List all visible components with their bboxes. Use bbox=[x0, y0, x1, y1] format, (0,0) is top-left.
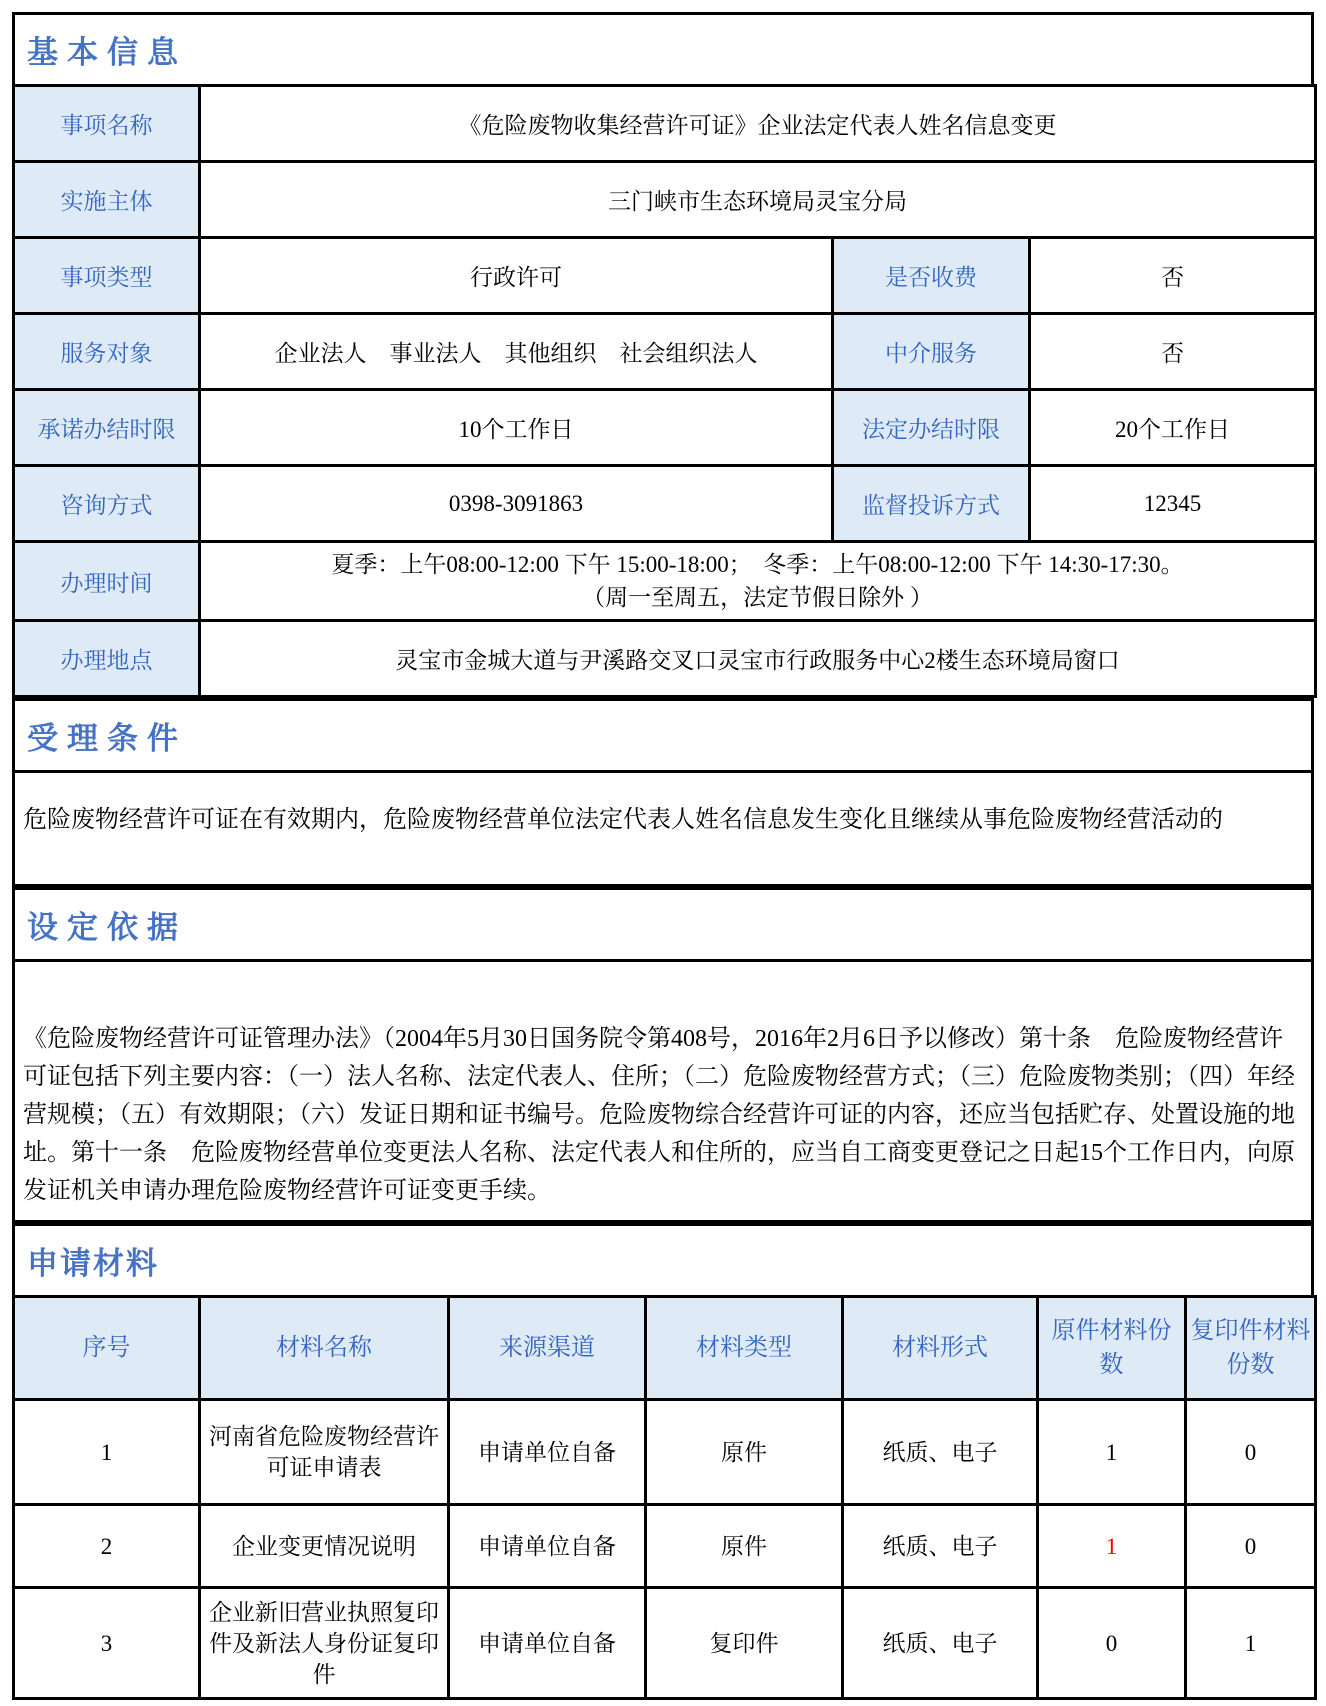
table-row: 办理时间 夏季：上午08:00-12:00 下午 15:00-18:00； 冬季… bbox=[14, 542, 1316, 621]
field-value-service-target: 企业法人 事业法人 其他组织 社会组织法人 bbox=[200, 314, 833, 390]
table-row: 1 河南省危险废物经营许可证申请表 申请单位自备 原件 纸质、电子 1 0 bbox=[14, 1400, 1316, 1505]
material-type: 原件 bbox=[646, 1505, 843, 1588]
material-no: 2 bbox=[14, 1505, 200, 1588]
column-header-copy-count: 复印件材料份数 bbox=[1186, 1297, 1316, 1400]
material-name: 企业变更情况说明 bbox=[200, 1505, 449, 1588]
table-row: 2 企业变更情况说明 申请单位自备 原件 纸质、电子 1 0 bbox=[14, 1505, 1316, 1588]
acceptance-conditions-text: 危险废物经营许可证在有效期内，危险废物经营单位法定代表人姓名信息发生变化且继续从… bbox=[12, 770, 1314, 887]
material-form: 纸质、电子 bbox=[843, 1400, 1038, 1505]
field-value-promised-limit: 10个工作日 bbox=[200, 390, 833, 466]
section-title-basic-info: 基本信息 bbox=[12, 12, 1314, 84]
field-label-item-type: 事项类型 bbox=[14, 238, 200, 314]
field-label-service-target: 服务对象 bbox=[14, 314, 200, 390]
field-label-statutory-limit: 法定办结时限 bbox=[833, 390, 1030, 466]
section-title-application-materials: 申请材料 bbox=[12, 1223, 1314, 1295]
field-value-intermediary: 否 bbox=[1030, 314, 1316, 390]
table-row: 实施主体 三门峡市生态环境局灵宝分局 bbox=[14, 162, 1316, 238]
material-copy-count: 0 bbox=[1186, 1505, 1316, 1588]
material-original-count-highlighted: 1 bbox=[1038, 1505, 1186, 1588]
section-title-text: 受理条件 bbox=[27, 713, 187, 758]
material-copy-count: 0 bbox=[1186, 1400, 1316, 1505]
material-no: 3 bbox=[14, 1588, 200, 1699]
table-row: 办理地点 灵宝市金城大道与尹溪路交叉口灵宝市行政服务中心2楼生态环境局窗口 bbox=[14, 621, 1316, 697]
column-header-form: 材料形式 bbox=[843, 1297, 1038, 1400]
section-title-acceptance-conditions: 受理条件 bbox=[12, 698, 1314, 770]
field-value-statutory-limit: 20个工作日 bbox=[1030, 390, 1316, 466]
application-materials-table: 序号 材料名称 来源渠道 材料类型 材料形式 原件材料份数 复印件材料份数 1 … bbox=[12, 1295, 1317, 1700]
field-label-complaint-method: 监督投诉方式 bbox=[833, 466, 1030, 542]
field-value-implementer: 三门峡市生态环境局灵宝分局 bbox=[200, 162, 1316, 238]
field-value-charge: 否 bbox=[1030, 238, 1316, 314]
service-info-document: 基本信息 事项名称 《危险废物收集经营许可证》企业法定代表人姓名信息变更 实施主… bbox=[12, 12, 1314, 1700]
section-title-text: 申请材料 bbox=[27, 1238, 159, 1283]
field-value-item-type: 行政许可 bbox=[200, 238, 833, 314]
field-value-item-name: 《危险废物收集经营许可证》企业法定代表人姓名信息变更 bbox=[200, 86, 1316, 162]
material-form: 纸质、电子 bbox=[843, 1588, 1038, 1699]
field-value-office-hours: 夏季：上午08:00-12:00 下午 15:00-18:00； 冬季：上午08… bbox=[200, 542, 1316, 621]
field-label-office-hours: 办理时间 bbox=[14, 542, 200, 621]
office-hours-line-2: （周一至周五，法定节假日除外 ） bbox=[207, 581, 1308, 614]
field-label-consult-method: 咨询方式 bbox=[14, 466, 200, 542]
material-original-count: 0 bbox=[1038, 1588, 1186, 1699]
section-title-text: 设定依据 bbox=[27, 902, 187, 947]
field-label-office-location: 办理地点 bbox=[14, 621, 200, 697]
section-title-setting-basis: 设定依据 bbox=[12, 887, 1314, 959]
table-row: 承诺办结时限 10个工作日 法定办结时限 20个工作日 bbox=[14, 390, 1316, 466]
column-header-no: 序号 bbox=[14, 1297, 200, 1400]
field-label-item-name: 事项名称 bbox=[14, 86, 200, 162]
material-no: 1 bbox=[14, 1400, 200, 1505]
column-header-original-count: 原件材料份数 bbox=[1038, 1297, 1186, 1400]
field-label-promised-limit: 承诺办结时限 bbox=[14, 390, 200, 466]
material-type: 原件 bbox=[646, 1400, 843, 1505]
material-original-count: 1 bbox=[1038, 1400, 1186, 1505]
table-row: 事项类型 行政许可 是否收费 否 bbox=[14, 238, 1316, 314]
material-source: 申请单位自备 bbox=[449, 1400, 646, 1505]
column-header-name: 材料名称 bbox=[200, 1297, 449, 1400]
field-label-implementer: 实施主体 bbox=[14, 162, 200, 238]
material-type: 复印件 bbox=[646, 1588, 843, 1699]
field-value-complaint-method: 12345 bbox=[1030, 466, 1316, 542]
field-value-office-location: 灵宝市金城大道与尹溪路交叉口灵宝市行政服务中心2楼生态环境局窗口 bbox=[200, 621, 1316, 697]
field-value-consult-method: 0398-3091863 bbox=[200, 466, 833, 542]
office-hours-line-1: 夏季：上午08:00-12:00 下午 15:00-18:00； 冬季：上午08… bbox=[207, 548, 1308, 581]
material-copy-count: 1 bbox=[1186, 1588, 1316, 1699]
material-name: 企业新旧营业执照复印件及新法人身份证复印件 bbox=[200, 1588, 449, 1699]
material-form: 纸质、电子 bbox=[843, 1505, 1038, 1588]
table-row: 咨询方式 0398-3091863 监督投诉方式 12345 bbox=[14, 466, 1316, 542]
field-label-charge: 是否收费 bbox=[833, 238, 1030, 314]
column-header-type: 材料类型 bbox=[646, 1297, 843, 1400]
table-row: 事项名称 《危险废物收集经营许可证》企业法定代表人姓名信息变更 bbox=[14, 86, 1316, 162]
section-title-text: 基本信息 bbox=[27, 27, 187, 72]
material-source: 申请单位自备 bbox=[449, 1588, 646, 1699]
table-row: 服务对象 企业法人 事业法人 其他组织 社会组织法人 中介服务 否 bbox=[14, 314, 1316, 390]
material-source: 申请单位自备 bbox=[449, 1505, 646, 1588]
setting-basis-text: 《危险废物经营许可证管理办法》（2004年5月30日国务院令第408号，2016… bbox=[12, 959, 1314, 1223]
table-header-row: 序号 材料名称 来源渠道 材料类型 材料形式 原件材料份数 复印件材料份数 bbox=[14, 1297, 1316, 1400]
table-row: 3 企业新旧营业执照复印件及新法人身份证复印件 申请单位自备 复印件 纸质、电子… bbox=[14, 1588, 1316, 1699]
field-label-intermediary: 中介服务 bbox=[833, 314, 1030, 390]
column-header-source: 来源渠道 bbox=[449, 1297, 646, 1400]
material-name: 河南省危险废物经营许可证申请表 bbox=[200, 1400, 449, 1505]
basic-info-table: 事项名称 《危险废物收集经营许可证》企业法定代表人姓名信息变更 实施主体 三门峡… bbox=[12, 84, 1317, 698]
